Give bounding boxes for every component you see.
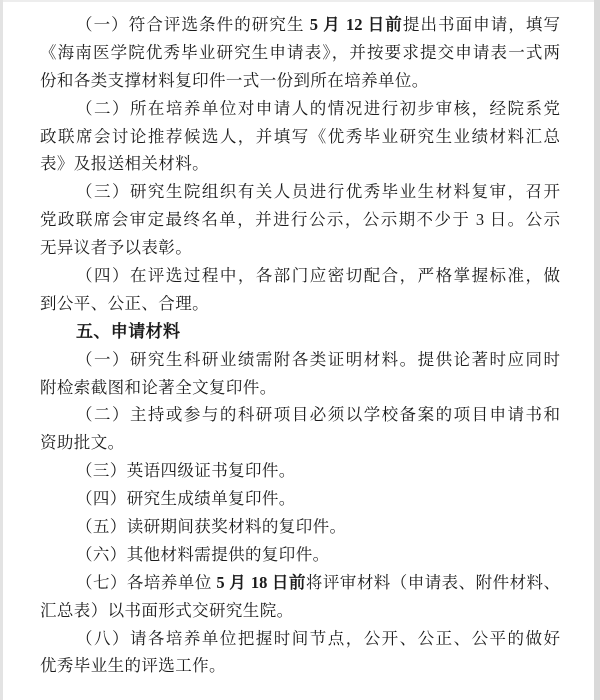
text-line: 到公平、公正、合理。: [40, 290, 560, 318]
body-text: （四）研究生成绩单复印件。: [76, 489, 296, 508]
body-text: （一）研究生科研业绩需附各类证明材料。提供论著时应同时: [76, 350, 560, 369]
bold-text: 五、申请材料: [76, 322, 180, 341]
text-line: （一）研究生科研业绩需附各类证明材料。提供论著时应同时: [40, 346, 560, 374]
text-line: （二）主持或参与的科研项目必须以学校备案的项目申请书和: [40, 401, 560, 429]
body-text: 优秀毕业生的评选工作。: [40, 656, 226, 675]
body-text: （二）主持或参与的科研项目必须以学校备案的项目申请书和: [76, 405, 560, 424]
bold-text: 5 月 18 日前: [216, 573, 305, 592]
page-edge-left: [0, 0, 3, 700]
text-line: （一）符合评选条件的研究生 5 月 12 日前提出书面申请，填写: [40, 11, 560, 39]
body-text: 资助批文。: [40, 433, 125, 452]
page-edge-right: [594, 0, 600, 700]
body-text: （四）在评选过程中，各部门应密切配合，严格掌握标准，做: [76, 266, 560, 285]
text-line: （四）研究生成绩单复印件。: [40, 485, 560, 513]
text-line: 党政联席会审定最终名单，并进行公示，公示期不少于 3 日。公示: [40, 206, 560, 234]
text-line: 附检索截图和论著全文复印件。: [40, 374, 560, 402]
body-text: （八）请各培养单位把握时间节点，公开、公正、公平的做好: [76, 629, 560, 648]
text-line: 表》及报送相关材料。: [40, 150, 560, 178]
body-text: （六）其他材料需提供的复印件。: [76, 545, 330, 564]
body-text: （七）各培养单位: [76, 573, 216, 592]
text-line: 份和各类支撑材料复印件一式一份到所在培养单位。: [40, 67, 560, 95]
body-text: （三）研究生院组织有关人员进行优秀毕业生材料复审，召开: [76, 182, 560, 201]
body-text: （三）英语四级证书复印件。: [76, 461, 296, 480]
body-text: 党政联席会审定最终名单，并进行公示，公示期不少于 3 日。公示: [40, 210, 560, 229]
text-line: （八）请各培养单位把握时间节点，公开、公正、公平的做好: [40, 625, 560, 653]
page-edge-top: [0, 0, 600, 2]
text-line: 汇总表）以书面形式交研究生院。: [40, 597, 560, 625]
body-text: 无异议者予以表彰。: [40, 238, 192, 257]
text-line: 政联席会讨论推荐候选人，并填写《优秀毕业研究生业绩材料汇总: [40, 123, 560, 151]
text-line: （三）英语四级证书复印件。: [40, 457, 560, 485]
bold-text: 5 月 12 日前: [310, 15, 403, 34]
text-line: （二）所在培养单位对申请人的情况进行初步审核，经院系党: [40, 95, 560, 123]
section-heading: 五、申请材料: [40, 318, 560, 346]
body-text: （一）符合评选条件的研究生: [76, 15, 310, 34]
text-line: （三）研究生院组织有关人员进行优秀毕业生材料复审，召开: [40, 178, 560, 206]
body-text: 表》及报送相关材料。: [40, 154, 209, 173]
text-line: （六）其他材料需提供的复印件。: [40, 541, 560, 569]
body-text: 附检索截图和论著全文复印件。: [40, 378, 277, 397]
body-text: 份和各类支撑材料复印件一式一份到所在培养单位。: [40, 71, 429, 90]
body-text: 到公平、公正、合理。: [40, 294, 209, 313]
body-text: （二）所在培养单位对申请人的情况进行初步审核，经院系党: [76, 99, 560, 118]
text-line: （五）读研期间获奖材料的复印件。: [40, 513, 560, 541]
body-text: 提出书面申请，填写: [403, 15, 560, 34]
body-text: （五）读研期间获奖材料的复印件。: [76, 517, 346, 536]
body-text: 政联席会讨论推荐候选人，并填写《优秀毕业研究生业绩材料汇总: [40, 127, 560, 146]
text-line: 资助批文。: [40, 429, 560, 457]
body-text: 将评审材料（申请表、附件材料、: [306, 573, 560, 592]
text-line: （四）在评选过程中，各部门应密切配合，严格掌握标准，做: [40, 262, 560, 290]
document-body: （一）符合评选条件的研究生 5 月 12 日前提出书面申请，填写《海南医学院优秀…: [40, 11, 560, 680]
text-line: 无异议者予以表彰。: [40, 234, 560, 262]
text-line: 《海南医学院优秀毕业研究生申请表》，并按要求提交申请表一式两: [40, 39, 560, 67]
text-line: （七）各培养单位 5 月 18 日前将评审材料（申请表、附件材料、: [40, 569, 560, 597]
body-text: 汇总表）以书面形式交研究生院。: [40, 601, 294, 620]
body-text: 《海南医学院优秀毕业研究生申请表》，并按要求提交申请表一式两: [40, 43, 560, 62]
text-line: 优秀毕业生的评选工作。: [40, 652, 560, 680]
